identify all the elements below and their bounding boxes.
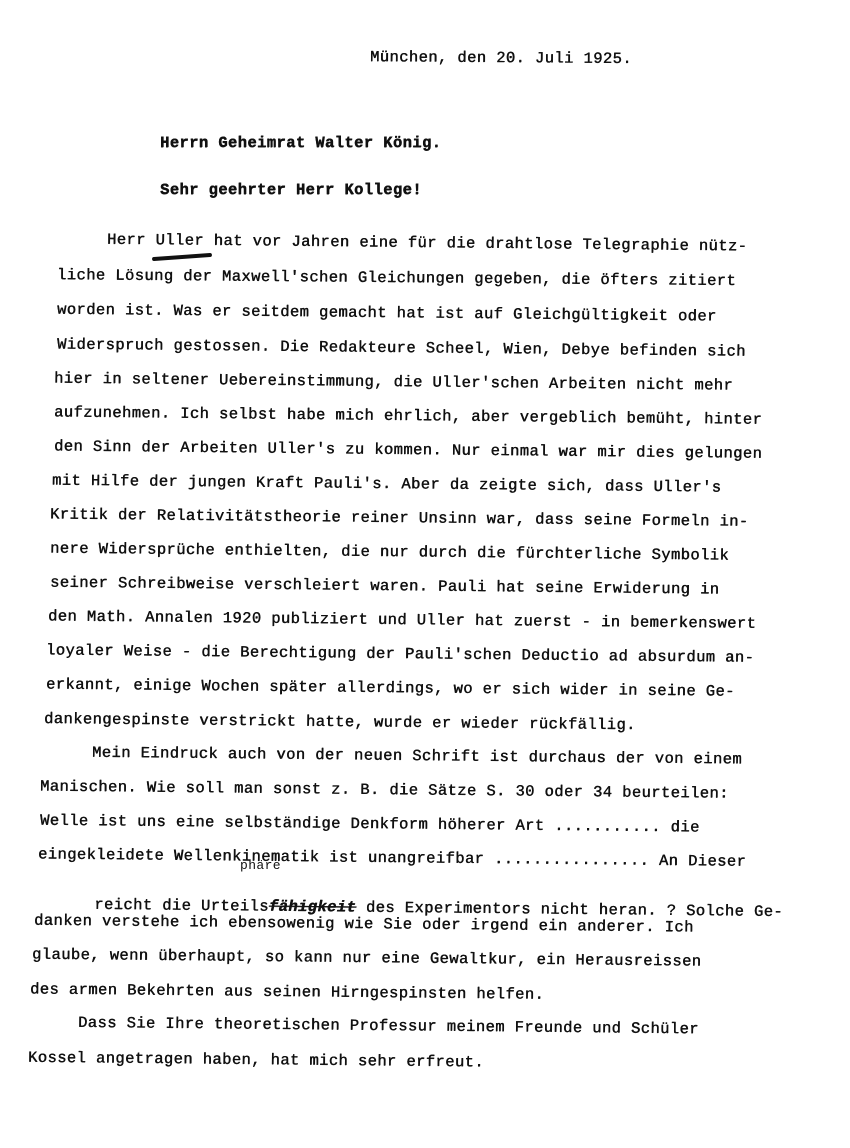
handwritten-correction: phäre	[240, 858, 281, 873]
body-line: des armen Bekehrten aus seinen Hirngespi…	[30, 979, 544, 1004]
body-line: loyaler Weise - die Berechtigung der Pau…	[46, 640, 754, 667]
body-line: Manischen. Wie soll man sonst z. B. die …	[40, 776, 729, 803]
body-line: den Sinn der Arbeiten Uller's zu kommen.…	[54, 436, 762, 463]
recipient-line: Herrn Geheimrat Walter König.	[160, 133, 441, 153]
body-line: worden ist. Was er seitdem gemacht hat i…	[57, 300, 717, 327]
body-line: eingekleidete Wellenkinematik ist unangr…	[38, 844, 746, 871]
body-line: dankengespinste verstrickt hatte, wurde …	[44, 709, 636, 735]
body-line: Mein Eindruck auch von der neuen Schrift…	[92, 743, 742, 770]
body-line: den Math. Annalen 1920 publiziert und Ul…	[48, 606, 756, 633]
letter-page: München, den 20. Juli 1925. Herrn Geheim…	[0, 0, 850, 1148]
handwritten-underline	[152, 253, 212, 261]
body-line: erkannt, einige Wochen später allerdings…	[46, 674, 735, 701]
body-line: seiner Schreibweise verschleiert waren. …	[50, 572, 720, 599]
body-line: nere Widersprüche enthielten, die nur du…	[50, 538, 729, 565]
body-line: aufzunehmen. Ich selbst habe mich ehrlic…	[54, 402, 762, 429]
body-line: mit Hilfe der jungen Kraft Pauli's. Aber…	[52, 470, 722, 497]
body-line: Kritik der Relativitätstheorie reiner Un…	[50, 504, 749, 531]
body-line: Dass Sie Ihre theoretischen Professur me…	[78, 1013, 699, 1040]
salutation: Sehr geehrter Herr Kollege!	[160, 180, 422, 200]
body-line: Kossel angetragen haben, hat mich sehr e…	[28, 1048, 484, 1073]
body-line: liche Lösung der Maxwell'schen Gleichung…	[57, 265, 736, 291]
body-line: Widerspruch gestossen. Die Redakteure Sc…	[57, 334, 746, 361]
body-line: Welle ist uns eine selbständige Denkform…	[40, 811, 700, 838]
body-line: glaube, wenn überhaupt, so kann nur eine…	[32, 944, 702, 971]
body-line: hier in seltener Uebereinstimmung, die U…	[54, 368, 733, 395]
body-line: Herr Uller hat vor Jahren eine für die d…	[107, 230, 747, 257]
place-date: München, den 20. Juli 1925.	[370, 47, 632, 69]
